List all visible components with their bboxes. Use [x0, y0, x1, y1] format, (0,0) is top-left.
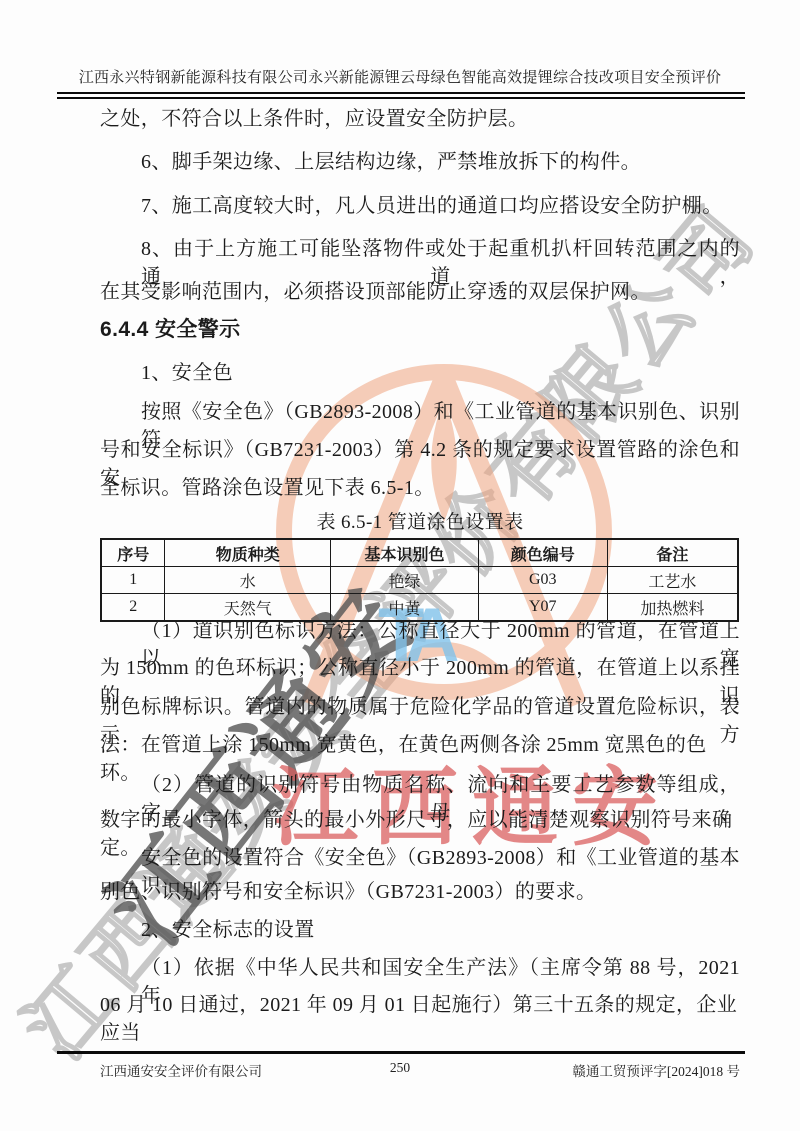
body-line: 7、施工高度较大时，凡人员进出的通道口均应搭设安全防护棚。	[141, 192, 740, 220]
pipe-color-table: 序号物质种类基本识别色颜色编号备注1水艳绿G03工艺水2天然气中黄Y07加热燃料	[100, 538, 739, 622]
table-header-cell: 序号	[101, 539, 165, 567]
body-line: 6、脚手架边缘、上层结构边缘，严禁堆放拆下的构件。	[141, 148, 740, 176]
table-header-row: 序号物质种类基本识别色颜色编号备注	[101, 539, 738, 567]
footer-page-number: 250	[330, 1060, 470, 1076]
table-cell: G03	[478, 567, 607, 594]
footer-doc-number: 赣通工贸预评字[2024]018 号	[572, 1060, 740, 1080]
table-cell: 艳绿	[331, 567, 479, 594]
table-cell: 水	[165, 567, 331, 594]
footer-rule	[57, 1051, 745, 1054]
section-heading: 6.4.4 安全警示	[100, 316, 740, 344]
body-line: 06 月 10 日通过，2021 年 09 月 01 日起施行）第三十五条的规定…	[100, 991, 740, 1047]
table-header-cell: 备注	[607, 539, 738, 567]
body-line: 2、安全标志的设置	[141, 916, 740, 944]
table-caption: 表 6.5-1 管道涂色设置表	[100, 509, 740, 537]
table-header-cell: 颜色编号	[478, 539, 607, 567]
table-cell: 1	[101, 567, 165, 594]
table-cell: 工艺水	[607, 567, 738, 594]
body-line: 在其受影响范围内，必须搭设顶部能防止穿透的双层保护网。	[100, 278, 740, 306]
footer-company: 江西通安安全评价有限公司	[100, 1060, 262, 1080]
body-line: 全标识。管路涂色设置见下表 6.5-1。	[100, 474, 740, 502]
document-body: 之处，不符合以上条件时，应设置安全防护层。6、脚手架边缘、上层结构边缘，严禁堆放…	[100, 0, 740, 1050]
body-line: 别色、识别符号和安全标识》（GB7231-2003）的要求。	[100, 878, 740, 906]
document-page: 江西通安安全评价有限公司 江西通安 江西通安 TA 江西永兴特钢新能源科技有限公…	[0, 0, 800, 1131]
table-row: 1水艳绿G03工艺水	[101, 567, 738, 594]
table-header-cell: 基本识别色	[331, 539, 479, 567]
body-line: 之处，不符合以上条件时，应设置安全防护层。	[100, 105, 740, 133]
body-line: 1、安全色	[141, 359, 740, 387]
table-header-cell: 物质种类	[165, 539, 331, 567]
